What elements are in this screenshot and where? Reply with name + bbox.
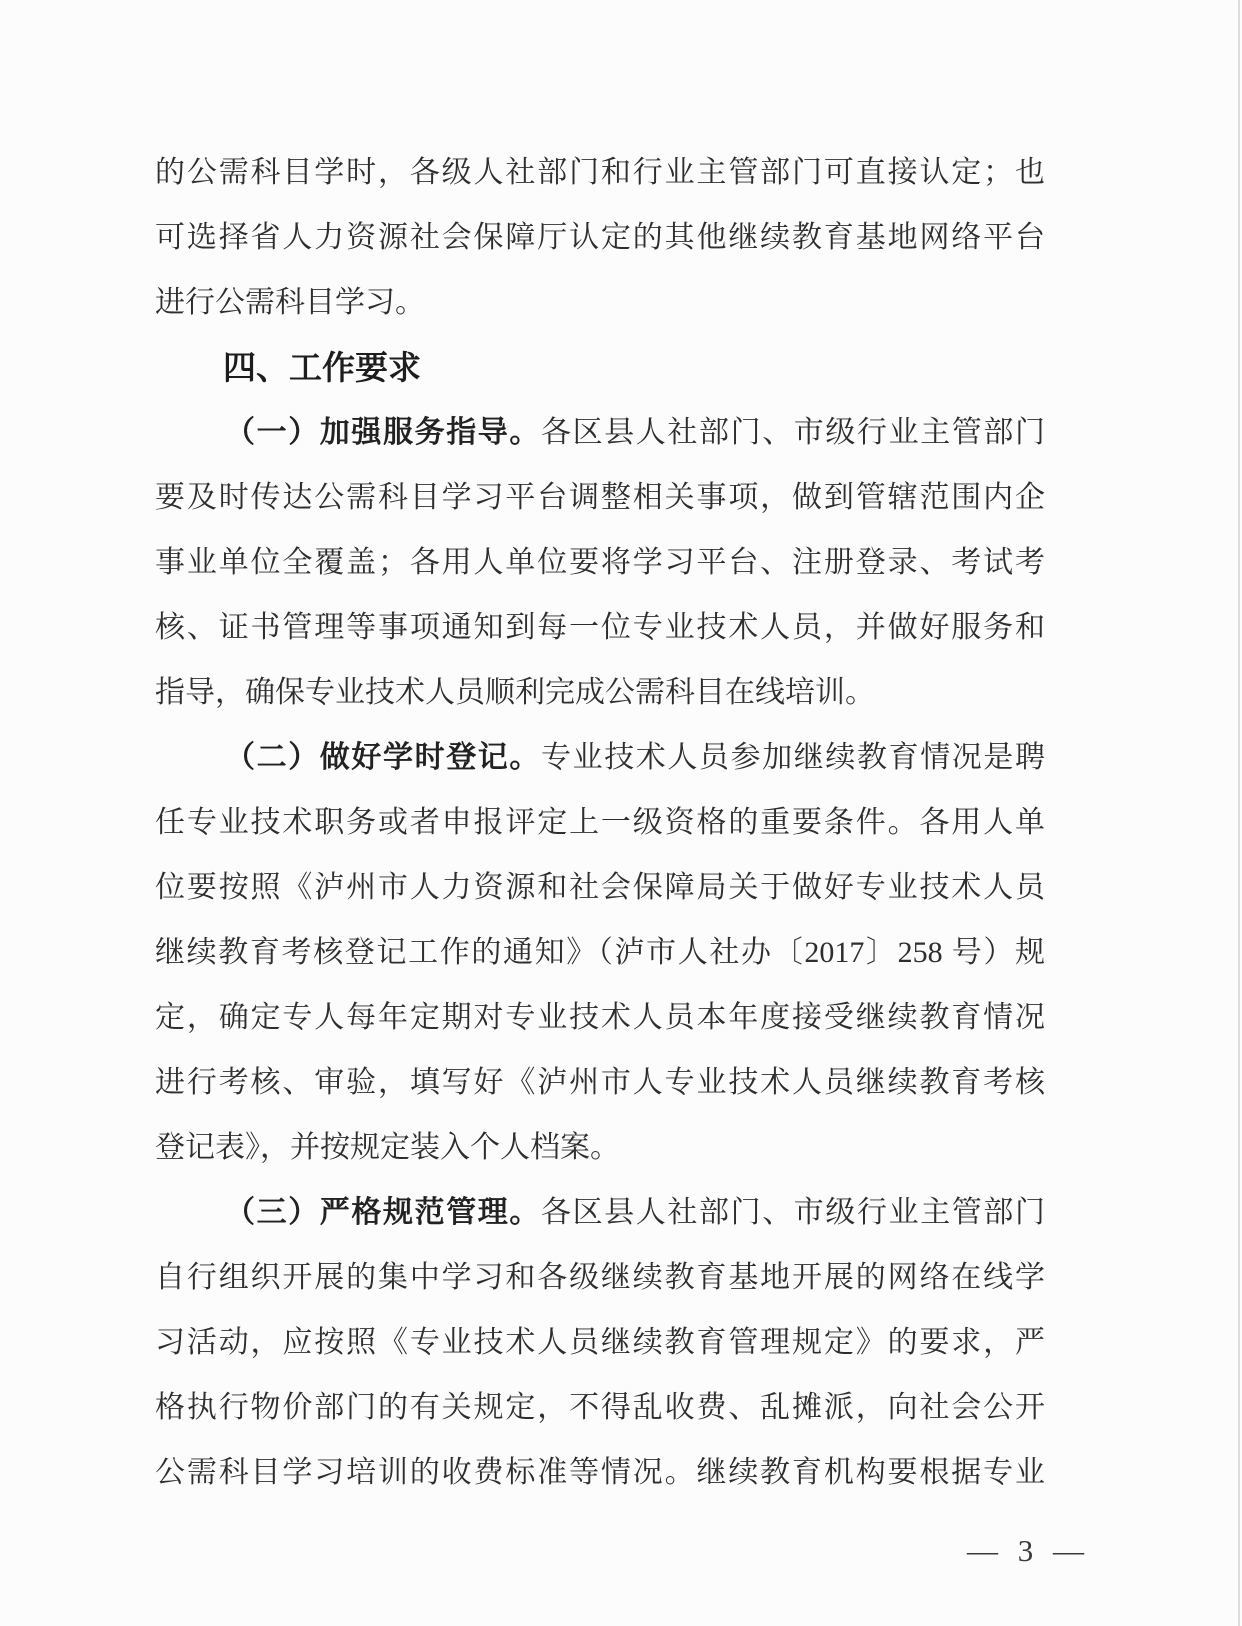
text-run: 专业技术人员参加继续教育情况是聘 [541,741,1045,774]
text-line: 进行公需科目学习。 [155,270,1045,335]
text-line: 可选择省人力资源社会保障厅认定的其他继续教育基地网络平台 [155,205,1045,270]
text-line: 指导，确保专业技术人员顺利完成公需科目在线培训。 [155,660,1045,725]
text-line: 的公需科目学时，各级人社部门和行业主管部门可直接认定；也 [155,140,1045,205]
text-run: 各区县人社部门、市级行业主管部门 [541,416,1045,449]
subsection-lead: （二）做好学时登记。 [225,741,541,774]
text-line: 要及时传达公需科目学习平台调整相关事项，做到管辖范围内企 [155,465,1045,530]
page-number: — 3 — [967,1533,1090,1569]
text-line: 登记表》，并按规定装入个人档案。 [155,1115,1045,1180]
text-line: 习活动，应按照《专业技术人员继续教育管理规定》的要求，严 [155,1310,1045,1375]
text-line: 公需科目学习培训的收费标准等情况。继续教育机构要根据专业 [155,1440,1045,1505]
text-line: 位要按照《泸州市人力资源和社会保障局关于做好专业技术人员 [155,855,1045,920]
subsection-lead: （一）加强服务指导。 [225,416,541,449]
text-line: （二）做好学时登记。专业技术人员参加继续教育情况是聘 [155,725,1045,790]
text-line: 继续教育考核登记工作的通知》（泸市人社办〔2017〕258 号）规 [155,920,1045,985]
text-line: 事业单位全覆盖；各用人单位要将学习平台、注册登录、考试考 [155,530,1045,595]
text-run: 各区县人社部门、市级行业主管部门 [541,1196,1045,1229]
text-line: 定，确定专人每年定期对专业技术人员本年度接受继续教育情况 [155,985,1045,1050]
text-line: 任专业技术职务或者申报评定上一级资格的重要条件。各用人单 [155,790,1045,855]
text-line: （三）严格规范管理。各区县人社部门、市级行业主管部门 [155,1180,1045,1245]
subsection-lead: （三）严格规范管理。 [225,1196,541,1229]
text-line: 格执行物价部门的有关规定，不得乱收费、乱摊派，向社会公开 [155,1375,1045,1440]
text-line: 核、证书管理等事项通知到每一位专业技术人员，并做好服务和 [155,595,1045,660]
text-line: （一）加强服务指导。各区县人社部门、市级行业主管部门 [155,400,1045,465]
text-line: 自行组织开展的集中学习和各级继续教育基地开展的网络在线学 [155,1245,1045,1310]
text-line: 进行考核、审验，填写好《泸州市人专业技术人员继续教育考核 [155,1050,1045,1115]
section-heading: 四、工作要求 [155,335,1045,400]
document-text-block: 的公需科目学时，各级人社部门和行业主管部门可直接认定；也 可选择省人力资源社会保… [155,140,1045,1505]
document-page: 的公需科目学时，各级人社部门和行业主管部门可直接认定；也 可选择省人力资源社会保… [0,0,1242,1626]
page-edge-line [1238,0,1240,1626]
